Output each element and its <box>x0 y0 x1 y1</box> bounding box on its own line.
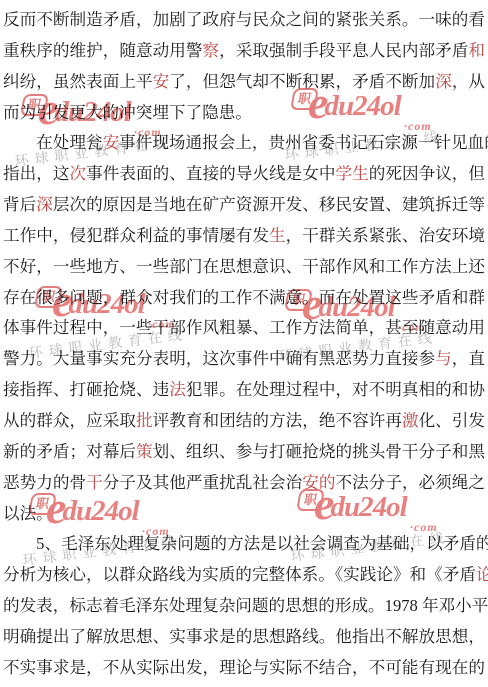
text-segment: 不好，一些地方、一些部门在思想意识、干部作风和工作方法上还 <box>3 257 485 276</box>
text-segment: 而为引发更大的冲突埋下了隐患。 <box>3 103 252 122</box>
red-char: 深 <box>36 195 53 214</box>
text-segment: 不法分子，必须绳之 <box>335 473 485 492</box>
red-char: 与 <box>435 349 452 368</box>
text-segment: 存在很多问题，群众对我们的工作不满意。而在处置这些矛盾和群 <box>3 288 485 307</box>
text-line-15: 新的矛盾；对幕后策划、组织、参与打砸抢烧的挑头骨干分子和黑 <box>3 437 485 468</box>
text-segment: 恶势力的骨 <box>3 473 86 492</box>
text-line-21: 明确提出了解放思想、实事求是的思想路线。他指出不解放思想， <box>3 622 485 653</box>
text-segment: 分子及其他严重扰乱社会治 <box>103 473 302 492</box>
text-segment: 不实事求是，不从实际出发，理论与实际不结合，不可能有现在的 <box>3 658 485 677</box>
red-char: 安的 <box>302 473 335 492</box>
text-line-8: 工作中，侵犯群众利益的事情屡有发生，干群关系紧张、治安环境 <box>3 221 485 252</box>
text-line-18: 5、毛泽东处理复杂问题的方法是以社会调查为基础，以矛盾的 <box>3 529 485 560</box>
red-char: 安 <box>153 72 170 91</box>
text-segment: 指出，这 <box>3 164 70 183</box>
red-char: 策 <box>136 442 153 461</box>
text-segment: 分析为核心，以群众路线为实质的完整体系。《实践论》和《矛盾 <box>3 565 476 584</box>
text-segment: 体事件过程中，一些干部作风粗暴、工作方法简单，甚至随意动用 <box>3 318 485 337</box>
red-char: 深 <box>435 72 452 91</box>
text-segment: 的发表，标志着毛泽东处理复杂问题的思想的形成。1978 年邓小平 <box>3 596 488 615</box>
text-segment: 化、引发 <box>419 411 485 430</box>
text-segment: 重秩序的维护，随意动用警 <box>3 41 202 60</box>
text-line-4: 而为引发更大的冲突埋下了隐患。 <box>3 98 485 129</box>
text-segment: ，采取强制手段平息人民内部矛盾 <box>219 41 468 60</box>
text-segment: ，干群关系紧张、治安环境 <box>286 226 485 245</box>
red-char: 安 <box>103 133 120 152</box>
text-line-10: 存在很多问题，群众对我们的工作不满意。而在处置这些矛盾和群 <box>3 283 485 314</box>
text-line-19: 分析为核心，以群众路线为实质的完整体系。《实践论》和《矛盾论》 <box>3 560 485 591</box>
text-line-11: 体事件过程中，一些干部作风粗暴、工作方法简单，甚至随意动用 <box>3 313 485 344</box>
text-segment: 事件表面的、直接的导火线是女中 <box>86 164 335 183</box>
text-line-7: 背后深层次的原因是当地在矿产资源开发、移民安置、建筑拆迁等 <box>3 190 485 221</box>
text-line-22: 不实事求是，不从实际出发，理论与实际不结合，不可能有现在的 <box>3 653 485 684</box>
text-line-20: 的发表，标志着毛泽东处理复杂问题的思想的形成。1978 年邓小平 <box>3 591 485 622</box>
text-segment: 纠纷，虽然表面上平 <box>3 72 153 91</box>
document-body: 反而不断制造矛盾，加剧了政府与民众之间的紧张关系。一味的看重秩序的维护，随意动用… <box>0 0 488 684</box>
text-line-3: 纠纷，虽然表面上平安了，但怨气却不断积累，矛盾不断加深，从 <box>3 67 485 98</box>
document-page: { "page": { "background": "#ffffff", "te… <box>0 0 488 687</box>
text-segment: 犯罪。在处理过程中，对不明真相的和协 <box>186 380 485 399</box>
text-line-2: 重秩序的维护，随意动用警察，采取强制手段平息人民内部矛盾和 <box>3 36 485 67</box>
red-char: 批 <box>136 411 153 430</box>
text-segment: 事件现场通报会上，贵州省委书记石宗源一针见血的 <box>119 133 488 152</box>
red-char: 激 <box>402 411 419 430</box>
red-char: 次 <box>70 164 87 183</box>
text-segment: 了，但怨气却不断积累，矛盾不断加 <box>169 72 435 91</box>
red-char: 和 <box>468 41 485 60</box>
red-char: 察 <box>202 41 219 60</box>
text-segment: 从的群众，应采取 <box>3 411 136 430</box>
text-segment: 层次的原因是当地在矿产资源开发、移民安置、建筑拆迁等 <box>53 195 485 214</box>
text-segment: ，从 <box>452 72 485 91</box>
text-segment: 的死因争议，但 <box>369 164 485 183</box>
red-char: 干 <box>86 473 103 492</box>
text-line-12: 警力。大量事实充分表明，这次事件中确有黑恶势力直接参与，直 <box>3 344 485 375</box>
text-segment: ，直 <box>452 349 485 368</box>
red-char: 学生 <box>335 164 368 183</box>
text-segment: 在处理瓮 <box>3 133 103 152</box>
text-segment: 反而不断制造矛盾，加剧了政府与民众之间的紧张关系。一味的看 <box>3 10 485 29</box>
text-line-13: 接指挥、打砸抢烧、违法犯罪。在处理过程中，对不明真相的和协 <box>3 375 485 406</box>
text-segment: 明确提出了解放思想、实事求是的思想路线。他指出不解放思想， <box>3 627 485 646</box>
text-segment: 接指挥、打砸抢烧、违 <box>3 380 169 399</box>
text-segment: 工作中，侵犯群众利益的事情屡有发 <box>3 226 269 245</box>
text-line-5: 在处理瓮安事件现场通报会上，贵州省委书记石宗源一针见血的 <box>3 128 485 159</box>
text-segment: 评教育和团结的方法，绝不容许再 <box>153 411 402 430</box>
text-line-9: 不好，一些地方、一些部门在思想意识、干部作风和工作方法上还 <box>3 252 485 283</box>
text-segment: 5、毛泽东处理复杂问题的方法是以社会调查为基础，以矛盾的 <box>3 534 488 553</box>
text-segment: 背后 <box>3 195 36 214</box>
text-line-1: 反而不断制造矛盾，加剧了政府与民众之间的紧张关系。一味的看 <box>3 5 485 36</box>
text-line-6: 指出，这次事件表面的、直接的导火线是女中学生的死因争议，但 <box>3 159 485 190</box>
text-segment: 划、组织、参与打砸抢烧的挑头骨干分子和黑 <box>153 442 485 461</box>
text-line-14: 从的群众，应采取批评教育和团结的方法，绝不容许再激化、引发 <box>3 406 485 437</box>
red-char: 法 <box>169 380 186 399</box>
text-line-17: 以法。 <box>3 499 485 530</box>
red-char: 论 <box>476 565 488 584</box>
red-char: 生 <box>269 226 286 245</box>
text-segment: 警力。大量事实充分表明，这次事件中确有黑恶势力直接参 <box>3 349 435 368</box>
text-segment: 新的矛盾；对幕后 <box>3 442 136 461</box>
text-line-16: 恶势力的骨干分子及其他严重扰乱社会治安的不法分子，必须绳之 <box>3 468 485 499</box>
text-segment: 以法。 <box>3 504 53 523</box>
